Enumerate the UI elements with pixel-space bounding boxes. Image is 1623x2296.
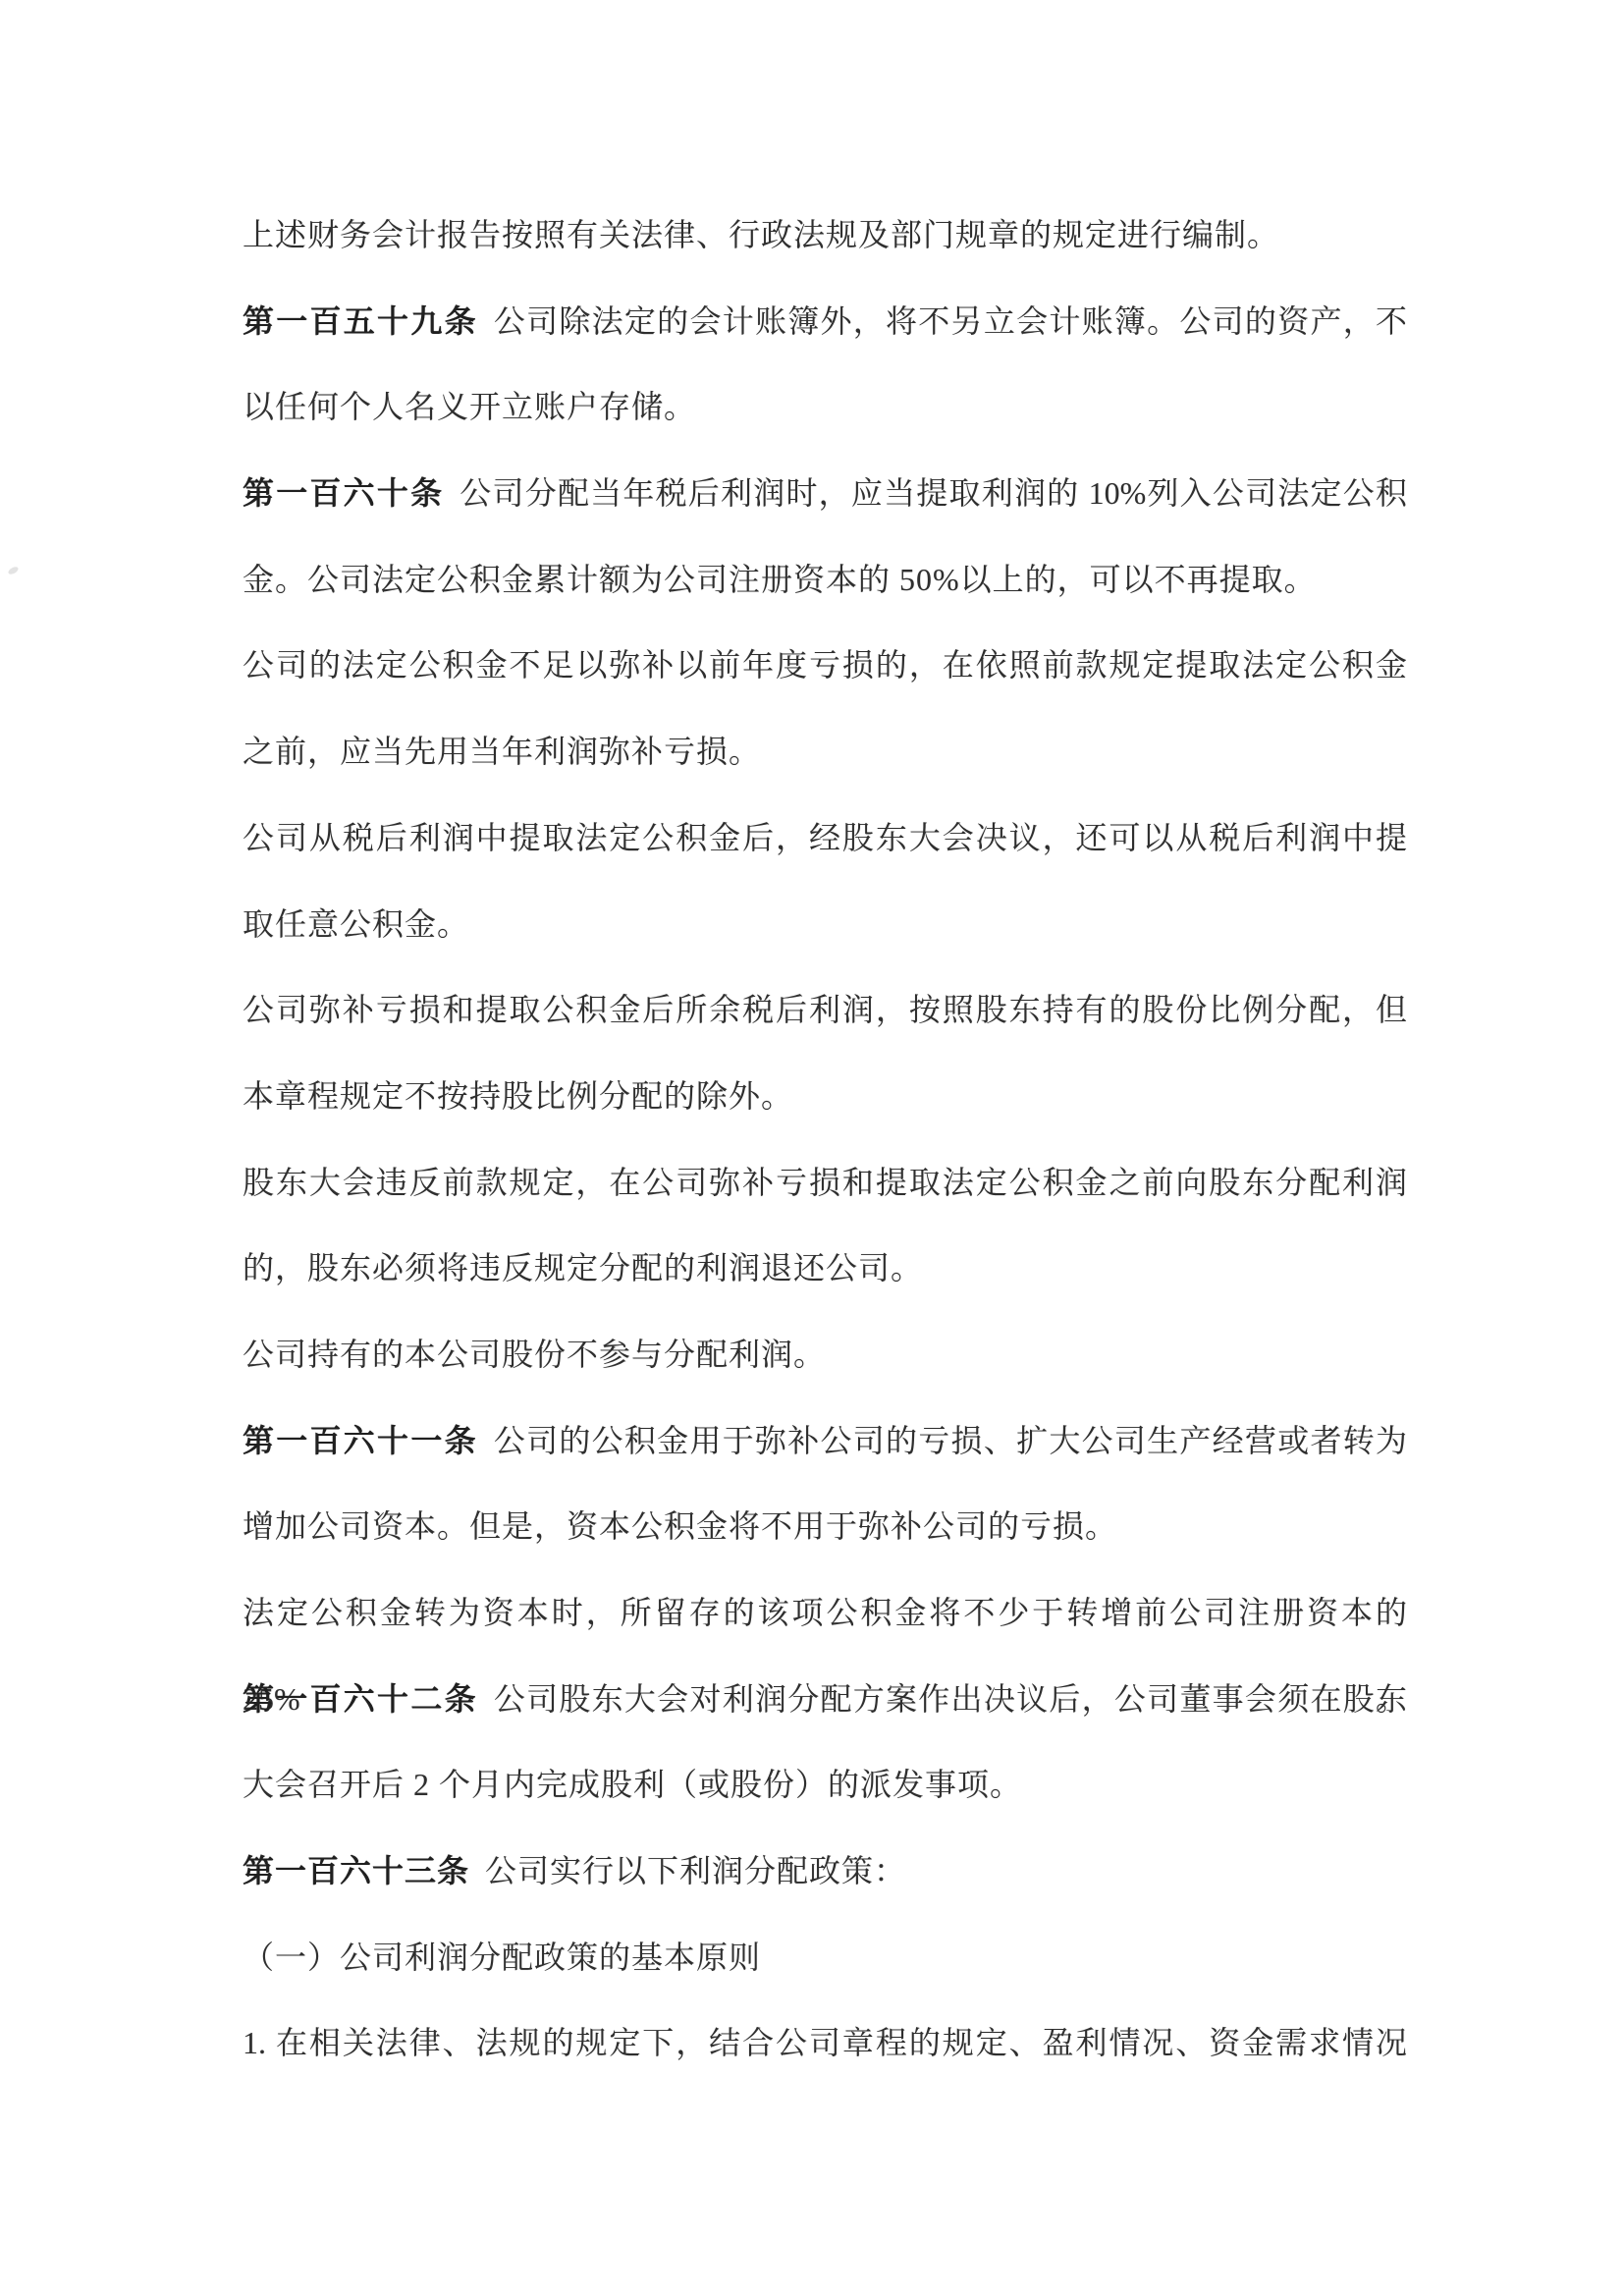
line-text: 金。公司法定公积金累计额为公司注册资本的 50%以上的，可以不再提取。 <box>243 562 1317 597</box>
line-text: 公司股东大会对利润分配方案作出决议后，公司董事会须在股东 <box>494 1681 1407 1717</box>
line-text: 增加公司资本。但是，资本公积金将不用于弥补公司的亏损。 <box>243 1508 1117 1544</box>
text-line: 公司的法定公积金不足以弥补以前年度亏损的，在依照前款规定提取法定公积金 <box>243 623 1407 709</box>
line-text: 公司实行以下利润分配政策： <box>485 1853 906 1888</box>
line-text: 以任何个人名义开立账户存储。 <box>243 389 696 424</box>
line-text: （一）公司利润分配政策的基本原则 <box>243 1940 761 1975</box>
article-number: 第一百六十二条 <box>243 1681 478 1717</box>
text-line: 公司持有的本公司股份不参与分配利润。 <box>243 1312 1407 1398</box>
line-text: 公司的法定公积金不足以弥补以前年度亏损的，在依照前款规定提取法定公积金 <box>243 647 1407 683</box>
text-line: 以任何个人名义开立账户存储。 <box>243 364 1407 451</box>
text-line: 上述财务会计报告按照有关法律、行政法规及部门规章的规定进行编制。 <box>243 192 1407 279</box>
text-line: 公司从税后利润中提取法定公积金后，经股东大会决议，还可以从税后利润中提 <box>243 795 1407 882</box>
text-line: 第一百六十三条公司实行以下利润分配政策： <box>243 1829 1407 1915</box>
line-text: 上述财务会计报告按照有关法律、行政法规及部门规章的规定进行编制。 <box>243 217 1279 252</box>
article-number: 第一百六十条 <box>243 475 444 511</box>
text-line: 取任意公积金。 <box>243 882 1407 968</box>
scan-artifact <box>7 566 20 575</box>
line-text: 公司从税后利润中提取法定公积金后，经股东大会决议，还可以从税后利润中提 <box>243 820 1407 855</box>
line-text: 公司的公积金用于弥补公司的亏损、扩大公司生产经营或者转为 <box>494 1423 1407 1458</box>
text-line: 股东大会违反前款规定，在公司弥补亏损和提取法定公积金之前向股东分配利润 <box>243 1140 1407 1227</box>
line-text: 股东大会违反前款规定，在公司弥补亏损和提取法定公积金之前向股东分配利润 <box>243 1165 1407 1200</box>
article-number: 第一百六十三条 <box>243 1853 469 1888</box>
line-text: 之前，应当先用当年利润弥补亏损。 <box>243 734 761 769</box>
document-body: 上述财务会计报告按照有关法律、行政法规及部门规章的规定进行编制。第一百五十九条公… <box>243 192 1407 2087</box>
line-text: 大会召开后 2 个月内完成股利（或股份）的派发事项。 <box>243 1767 1022 1802</box>
document-page: 上述财务会计报告按照有关法律、行政法规及部门规章的规定进行编制。第一百五十九条公… <box>0 0 1623 2296</box>
line-text: 取任意公积金。 <box>243 906 469 942</box>
text-line: 公司弥补亏损和提取公积金后所余税后利润，按照股东持有的股份比例分配，但 <box>243 967 1407 1054</box>
line-text: 本章程规定不按持股比例分配的除外。 <box>243 1078 793 1114</box>
text-line: 法定公积金转为资本时，所留存的该项公积金将不少于转增前公司注册资本的 25%。 <box>243 1570 1407 1657</box>
text-line: 第一百五十九条公司除法定的会计账簿外，将不另立会计账簿。公司的资产，不 <box>243 279 1407 365</box>
text-line: 本章程规定不按持股比例分配的除外。 <box>243 1054 1407 1140</box>
text-line: 第一百六十二条公司股东大会对利润分配方案作出决议后，公司董事会须在股东 <box>243 1657 1407 1743</box>
text-line: 的，股东必须将违反规定分配的利润退还公司。 <box>243 1226 1407 1312</box>
text-line: 增加公司资本。但是，资本公积金将不用于弥补公司的亏损。 <box>243 1484 1407 1570</box>
line-text: 公司持有的本公司股份不参与分配利润。 <box>243 1337 826 1372</box>
text-line: 第一百六十一条公司的公积金用于弥补公司的亏损、扩大公司生产经营或者转为 <box>243 1398 1407 1485</box>
line-text: 公司除法定的会计账簿外，将不另立会计账簿。公司的资产，不 <box>494 303 1407 339</box>
line-text: 公司弥补亏损和提取公积金后所余税后利润，按照股东持有的股份比例分配，但 <box>243 992 1407 1027</box>
text-line: 金。公司法定公积金累计额为公司注册资本的 50%以上的，可以不再提取。 <box>243 537 1407 624</box>
article-number: 第一百五十九条 <box>243 303 478 339</box>
line-text: 公司分配当年税后利润时，应当提取利润的 10%列入公司法定公积 <box>460 475 1407 511</box>
article-number: 第一百六十一条 <box>243 1423 478 1458</box>
text-line: 1. 在相关法律、法规的规定下，结合公司章程的规定、盈利情况、资金需求情况 <box>243 2000 1407 2087</box>
line-text: 的，股东必须将违反规定分配的利润退还公司。 <box>243 1250 923 1285</box>
text-line: 大会召开后 2 个月内完成股利（或股份）的派发事项。 <box>243 1742 1407 1829</box>
line-text: 1. 在相关法律、法规的规定下，结合公司章程的规定、盈利情况、资金需求情况 <box>243 2025 1407 2060</box>
text-line: 第一百六十条公司分配当年税后利润时，应当提取利润的 10%列入公司法定公积 <box>243 451 1407 537</box>
text-line: 之前，应当先用当年利润弥补亏损。 <box>243 709 1407 795</box>
text-line: （一）公司利润分配政策的基本原则 <box>243 1915 1407 2001</box>
